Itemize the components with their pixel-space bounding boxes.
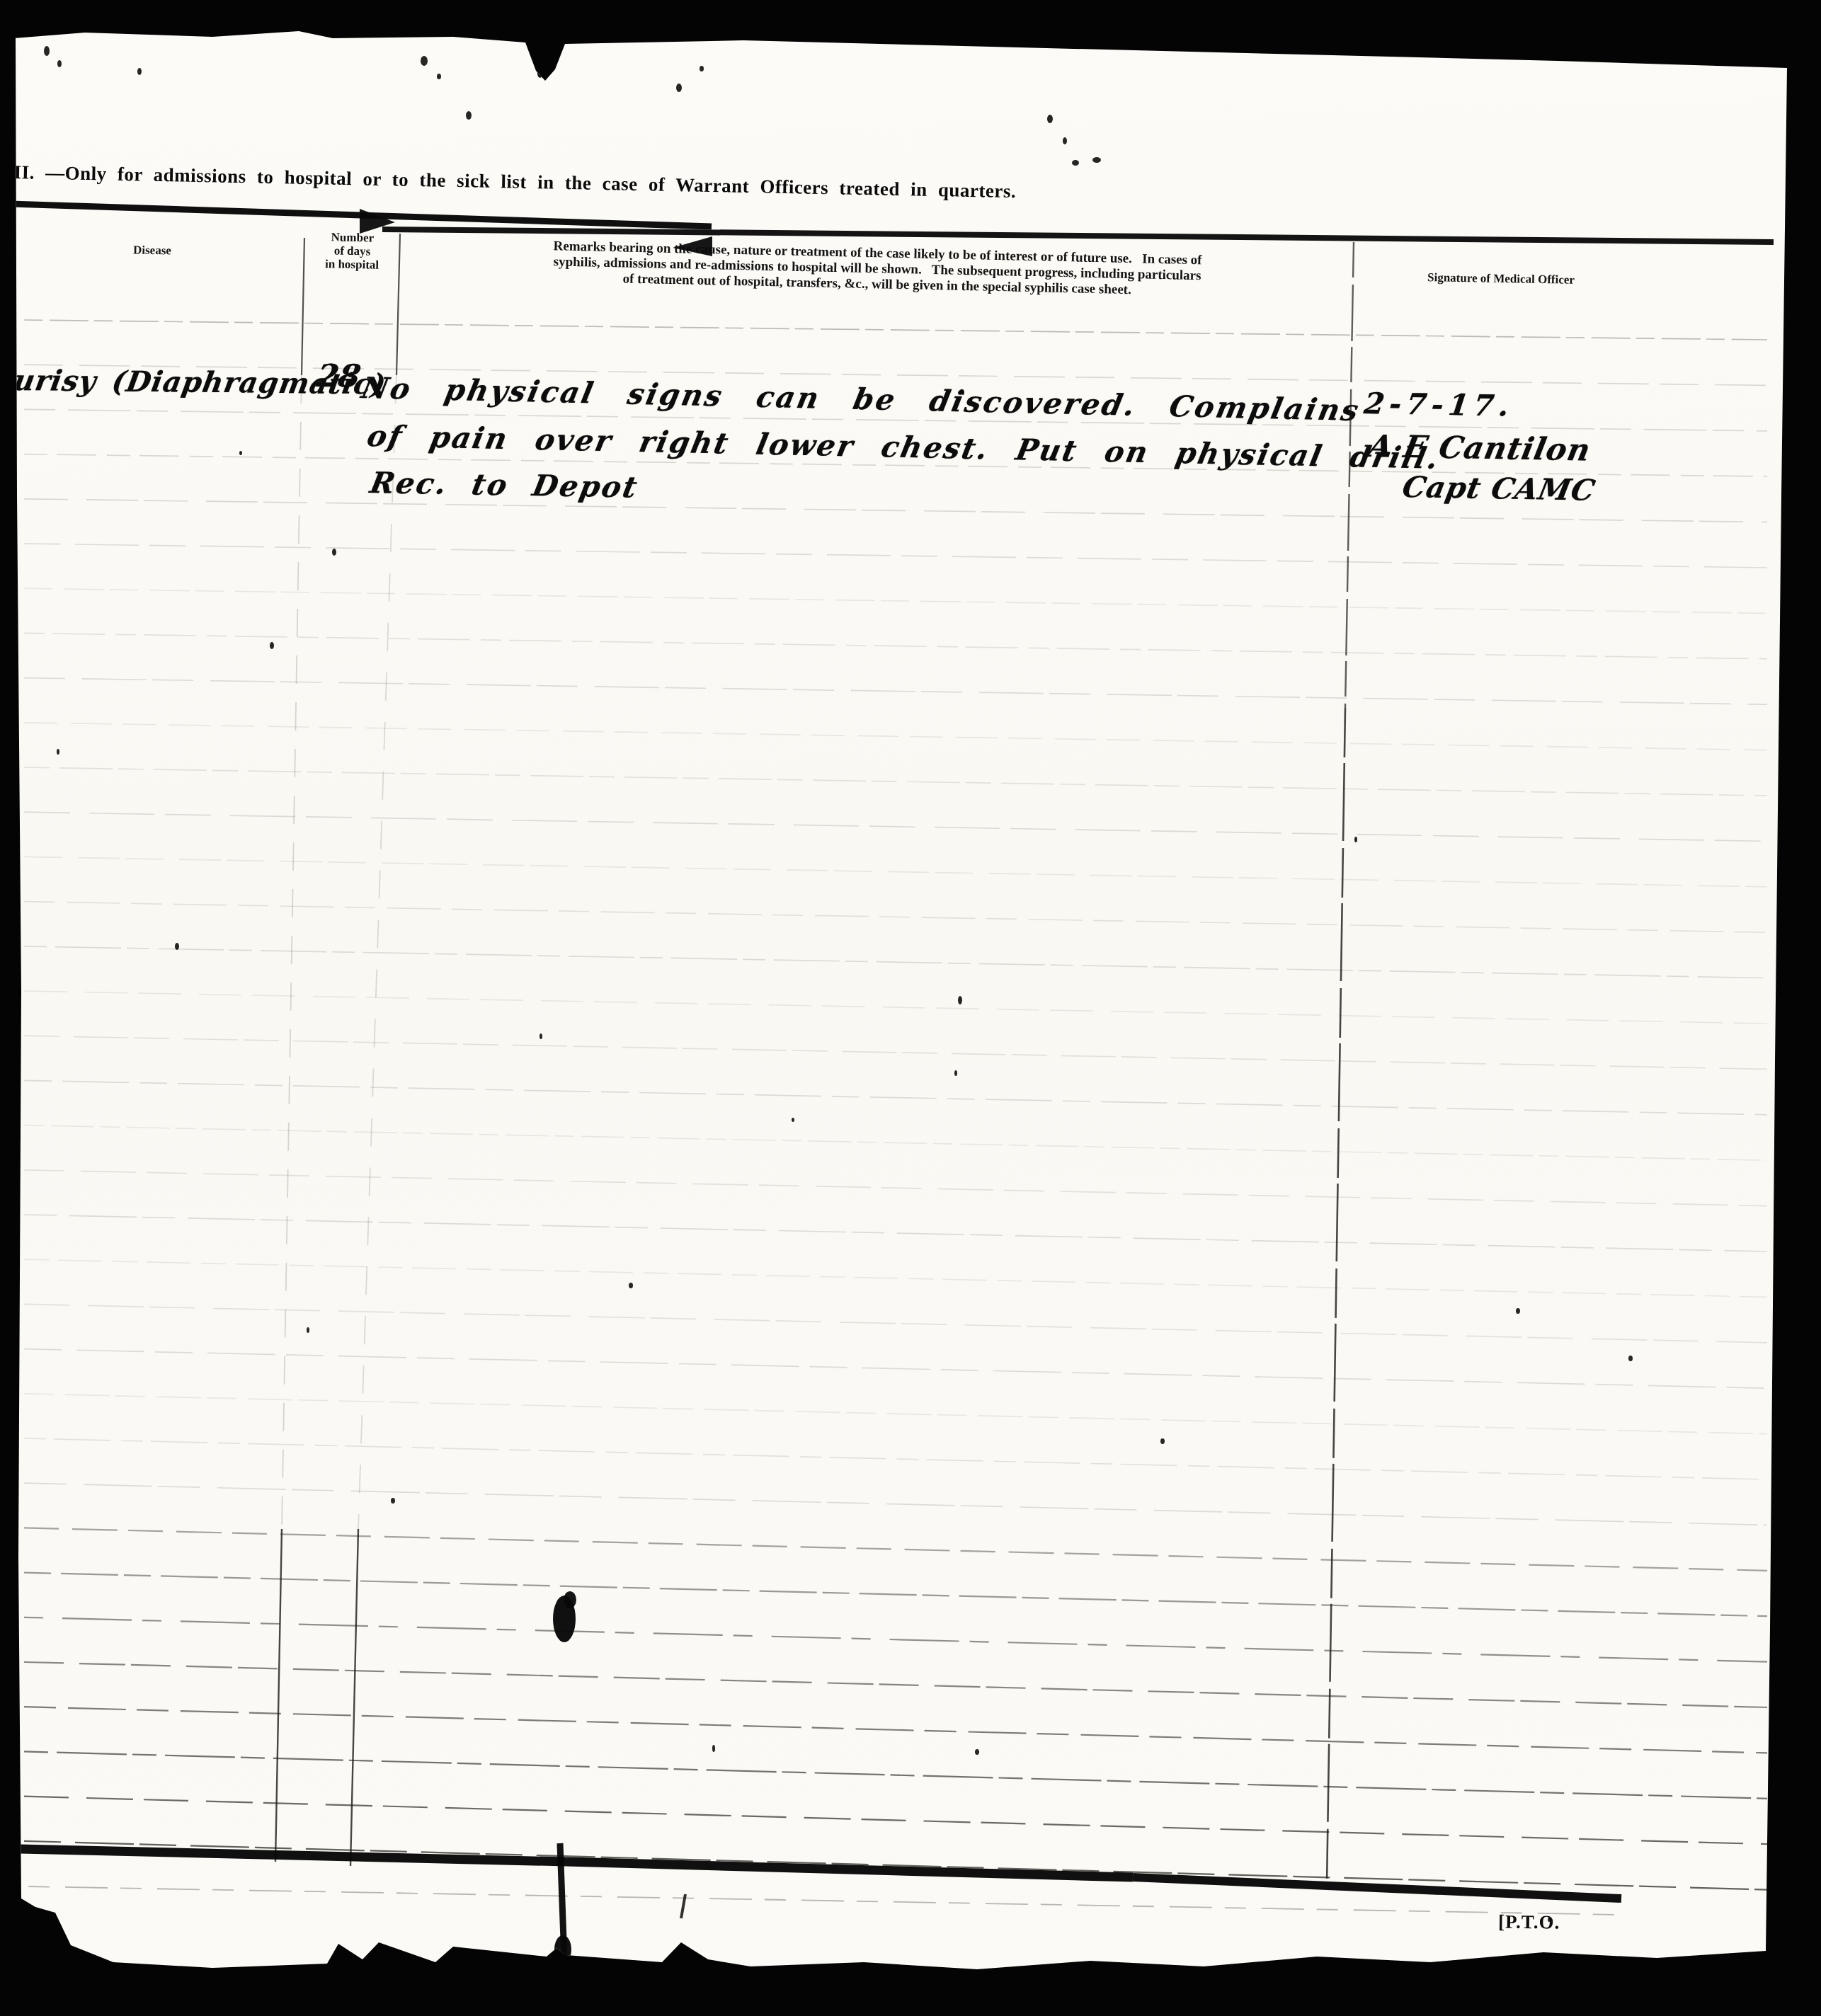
column-header-disease: Disease — [92, 242, 212, 258]
column-header-remarks: Remarks bearing on the cause, nature or … — [445, 236, 1310, 302]
column-header-days: Number of days in hospital — [300, 229, 404, 272]
scanned-medical-form: II. —Only for admissions to hospital or … — [0, 0, 1821, 2016]
pto-label: [P.T.O. — [1498, 1911, 1560, 1934]
entry-remarks-line-1: No physical signs can be discovered. Com… — [358, 371, 1363, 428]
paper-tear-shred — [535, 39, 550, 78]
entry-signature-name: A E Cantilon — [1365, 429, 1594, 468]
entry-signature-rank: Capt CAMC — [1400, 470, 1599, 508]
entry-remarks-line-2: of pain over right lower chest. Put on p… — [365, 419, 1443, 476]
section-heading: II. —Only for admissions to hospital or … — [13, 161, 1203, 206]
column-header-days-line: in hospital — [300, 256, 403, 272]
column-header-signature: Signature of Medical Officer — [1395, 270, 1607, 287]
entry-days-in-hospital: 28 — [314, 358, 363, 395]
entry-signature-date: 2-7-17. — [1362, 386, 1516, 423]
document-page: II. —Only for admissions to hospital or … — [0, 0, 1821, 2016]
entry-remarks-line-3: Rec. to Depot — [367, 466, 641, 505]
scan-lines-artifacts — [0, 0, 1821, 2016]
